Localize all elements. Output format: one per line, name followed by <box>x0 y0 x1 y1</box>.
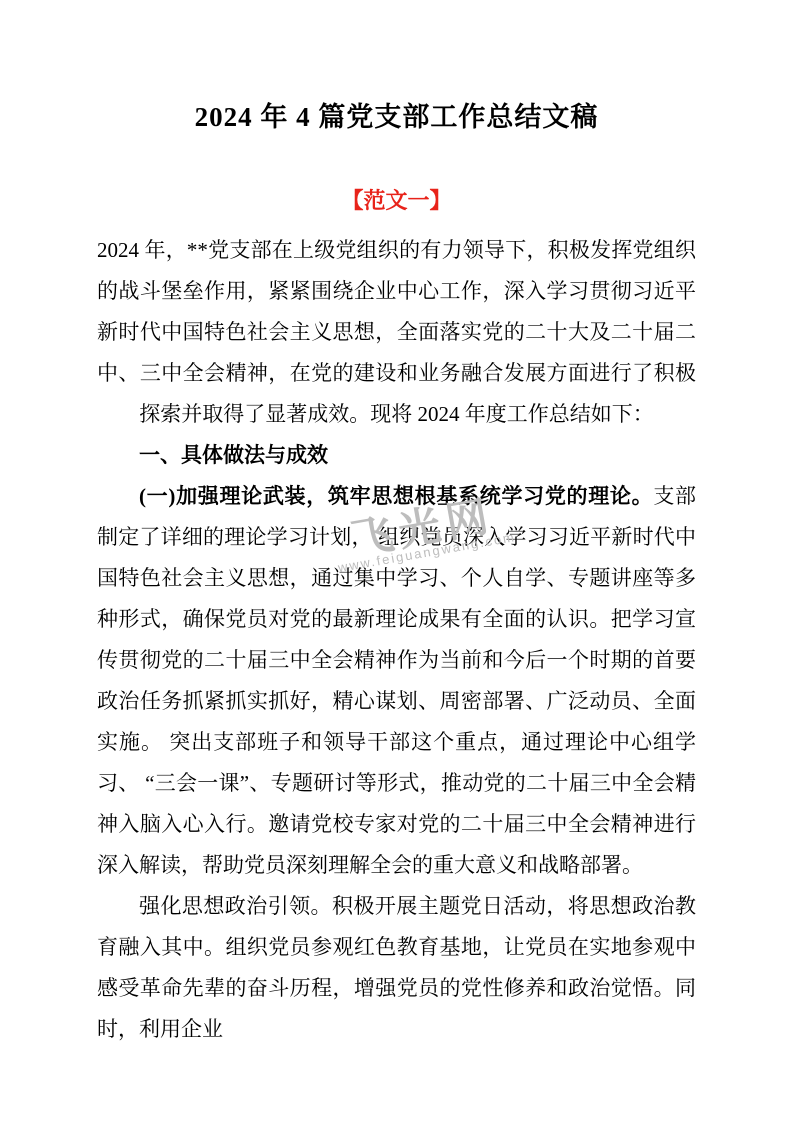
document-title: 2024 年 4 篇党支部工作总结文稿 <box>97 100 696 134</box>
heading-methods-results: 一、具体做法与成效 <box>97 435 696 476</box>
paragraph-intro: 2024 年，**党支部在上级党组织的有力领导下，积极发挥党组织的战斗堡垒作用，… <box>97 230 696 435</box>
paragraph-theory: (一)加强理论武装，筑牢思想根基系统学习党的理论。支部制定了详细的理论学习计划，… <box>97 476 696 886</box>
document-page: 2024 年 4 篇党支部工作总结文稿 【范文一】 2024 年，**党支部在上… <box>0 0 793 1122</box>
paragraph-theory-text: 支部制定了详细的理论学习计划， 组织党员深入学习习近平新时代中国特色社会主义思想… <box>97 484 696 877</box>
section-label: 【范文一】 <box>97 186 696 216</box>
paragraph-theory-lead: (一)加强理论武装，筑牢思想根基系统学习党的理论。 <box>139 484 653 508</box>
document-content: 2024 年 4 篇党支部工作总结文稿 【范文一】 2024 年，**党支部在上… <box>0 0 793 1050</box>
paragraph-ideology: 强化思想政治引领。积极开展主题党日活动，将思想政治教育融入其中。组织党员参观红色… <box>97 886 696 1050</box>
